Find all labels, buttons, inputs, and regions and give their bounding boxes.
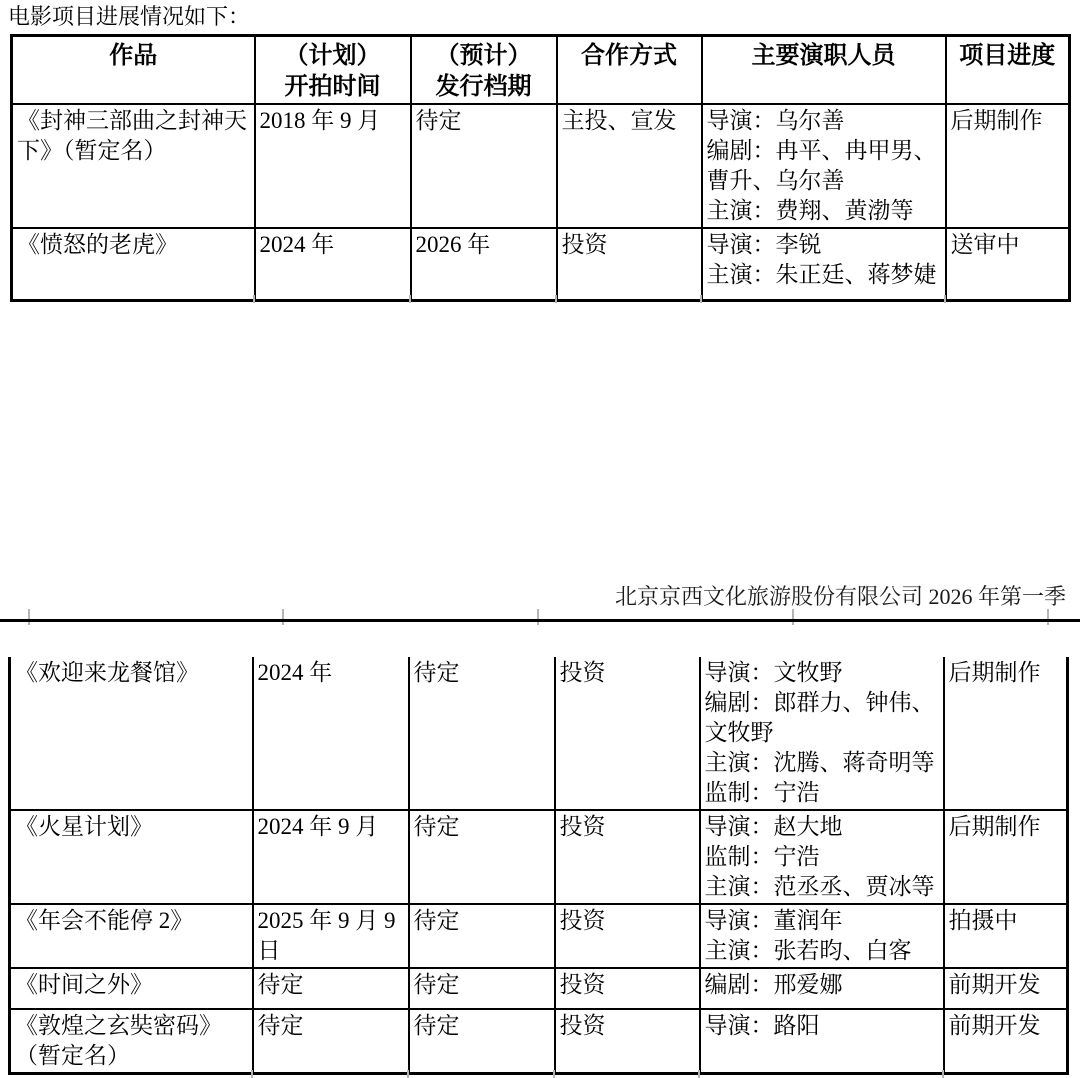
cell-planned-start: 2018 年 9 月 xyxy=(255,104,411,228)
grid-tick xyxy=(253,295,255,303)
table-row: 《火星计划》2024 年 9 月待定投资导演：赵大地监制：宁浩主演：范丞丞、贾冰… xyxy=(10,810,1068,904)
grid-tick xyxy=(1047,609,1049,625)
cell-cast: 导演：路阳 xyxy=(700,1009,944,1074)
grid-tick xyxy=(698,1070,700,1078)
cell-work-title: 《敦煌之玄奘密码》（暂定名） xyxy=(10,1009,253,1074)
table-row: 《年会不能停 2》2025 年 9 月 9 日待定投资导演：董润年主演：张若昀、… xyxy=(10,904,1068,968)
table-row: 《愤怒的老虎》2024 年2026 年投资导演：李锐主演：朱正廷、蒋梦婕送审中 xyxy=(12,228,1070,300)
header-line: 主要演职人员 xyxy=(707,40,941,71)
cell-progress: 后期制作 xyxy=(946,104,1070,228)
cell-progress: 后期制作 xyxy=(944,810,1068,904)
cell-planned-start: 2024 年 9 月 xyxy=(253,810,409,904)
cell-work-title: 《年会不能停 2》 xyxy=(10,904,253,968)
cast-line: 导演：路阳 xyxy=(705,1011,939,1041)
grid-tick xyxy=(555,295,557,303)
cell-cooperation: 投资 xyxy=(555,968,700,1009)
header-cell: 合作方式 xyxy=(557,36,702,105)
cell-cast: 编剧：邢爱娜 xyxy=(700,968,944,1009)
document-page: 电影项目进展情况如下： 作品（计划）开拍时间（预计）发行档期合作方式主要演职人员… xyxy=(0,0,1080,1078)
cell-progress: 拍摄中 xyxy=(944,904,1068,968)
cast-line: 编剧：冉平、冉甲男、曹升、乌尔善 xyxy=(707,136,941,196)
cell-planned-start: 2024 年 xyxy=(253,657,409,810)
cast-line: 监制：宁浩 xyxy=(705,778,939,808)
cast-line: 编剧：郎群力、钟伟、文牧野 xyxy=(705,688,939,748)
cell-expected-release: 待定 xyxy=(409,968,555,1009)
grid-tick xyxy=(700,295,702,303)
header-line: 发行档期 xyxy=(416,71,552,102)
cell-cooperation: 投资 xyxy=(557,228,702,300)
cell-progress: 后期制作 xyxy=(944,657,1068,810)
table-body-page1: 《封神三部曲之封神天下》（暂定名）2018 年 9 月待定主投、宣发导演：乌尔善… xyxy=(12,104,1070,300)
cast-line: 主演：范丞丞、贾冰等 xyxy=(705,872,939,902)
cell-cooperation: 投资 xyxy=(555,657,700,810)
cell-work-title: 《欢迎来龙餐馆》 xyxy=(10,657,253,810)
cell-progress: 前期开发 xyxy=(944,968,1068,1009)
cell-cast: 导演：赵大地监制：宁浩主演：范丞丞、贾冰等 xyxy=(700,810,944,904)
cell-cast: 导演：文牧野编剧：郎群力、钟伟、文牧野主演：沈腾、蒋奇明等监制：宁浩 xyxy=(700,657,944,810)
cast-line: 监制：宁浩 xyxy=(705,842,939,872)
header-cell: 项目进度 xyxy=(946,36,1070,105)
cell-planned-start: 待定 xyxy=(253,1009,409,1074)
cast-line: 主演：张若昀、白客 xyxy=(705,936,939,966)
film-projects-table-page2: 《欢迎来龙餐馆》2024 年待定投资导演：文牧野编剧：郎群力、钟伟、文牧野主演：… xyxy=(8,657,1069,1075)
header-cell: 作品 xyxy=(12,36,255,105)
cast-line: 主演：费翔、黄渤等 xyxy=(707,196,941,226)
cell-planned-start: 待定 xyxy=(253,968,409,1009)
cell-cast: 导演：董润年主演：张若昀、白客 xyxy=(700,904,944,968)
cell-expected-release: 待定 xyxy=(409,904,555,968)
header-cell: 主要演职人员 xyxy=(702,36,946,105)
cell-expected-release: 2026 年 xyxy=(411,228,557,300)
header-line: 开拍时间 xyxy=(260,71,406,102)
cast-line: 导演：董润年 xyxy=(705,906,939,936)
cell-cast: 导演：乌尔善编剧：冉平、冉甲男、曹升、乌尔善主演：费翔、黄渤等 xyxy=(702,104,946,228)
cell-cooperation: 主投、宣发 xyxy=(557,104,702,228)
cell-expected-release: 待定 xyxy=(409,810,555,904)
table-header: 作品（计划）开拍时间（预计）发行档期合作方式主要演职人员项目进度 xyxy=(12,36,1070,105)
header-line: 作品 xyxy=(17,40,250,71)
cell-cooperation: 投资 xyxy=(555,810,700,904)
cell-progress: 送审中 xyxy=(946,228,1070,300)
header-line: （预计） xyxy=(416,40,552,71)
grid-tick xyxy=(944,295,946,303)
cell-cooperation: 投资 xyxy=(555,1009,700,1074)
grid-tick xyxy=(407,1070,409,1078)
grid-tick xyxy=(792,609,794,625)
cell-cooperation: 投资 xyxy=(555,904,700,968)
cell-work-title: 《火星计划》 xyxy=(10,810,253,904)
header-line: 合作方式 xyxy=(562,40,697,71)
cell-work-title: 《时间之外》 xyxy=(10,968,253,1009)
cell-work-title: 《愤怒的老虎》 xyxy=(12,228,255,300)
table-row: 《敦煌之玄奘密码》（暂定名）待定待定投资导演：路阳前期开发 xyxy=(10,1009,1068,1074)
table-body-page2: 《欢迎来龙餐馆》2024 年待定投资导演：文牧野编剧：郎群力、钟伟、文牧野主演：… xyxy=(10,657,1068,1074)
grid-tick xyxy=(942,1070,944,1078)
grid-tick xyxy=(251,1070,253,1078)
cell-expected-release: 待定 xyxy=(411,104,557,228)
cell-expected-release: 待定 xyxy=(409,1009,555,1074)
cell-progress: 前期开发 xyxy=(944,1009,1068,1074)
cell-work-title: 《封神三部曲之封神天下》（暂定名） xyxy=(12,104,255,228)
cast-line: 导演：乌尔善 xyxy=(707,106,941,136)
header-line: 项目进度 xyxy=(951,40,1065,71)
cell-cast: 导演：李锐主演：朱正廷、蒋梦婕 xyxy=(702,228,946,300)
header-line: （计划） xyxy=(260,40,406,71)
grid-tick xyxy=(409,295,411,303)
cast-line: 编剧：邢爱娜 xyxy=(705,970,939,1000)
cast-line: 导演：李锐 xyxy=(707,230,941,260)
cast-line: 主演：沈腾、蒋奇明等 xyxy=(705,748,939,778)
header-cell: （预计）发行档期 xyxy=(411,36,557,105)
page-separator-line xyxy=(0,619,1080,622)
cell-planned-start: 2024 年 xyxy=(255,228,411,300)
grid-tick xyxy=(537,609,539,625)
film-projects-table-page1: 作品（计划）开拍时间（预计）发行档期合作方式主要演职人员项目进度 《封神三部曲之… xyxy=(10,34,1071,302)
cell-expected-release: 待定 xyxy=(409,657,555,810)
cast-line: 导演：赵大地 xyxy=(705,812,939,842)
header-row: 作品（计划）开拍时间（预计）发行档期合作方式主要演职人员项目进度 xyxy=(12,36,1070,105)
table-row: 《时间之外》待定待定投资编剧：邢爱娜前期开发 xyxy=(10,968,1068,1009)
table-row: 《封神三部曲之封神天下》（暂定名）2018 年 9 月待定主投、宣发导演：乌尔善… xyxy=(12,104,1070,228)
cast-line: 导演：文牧野 xyxy=(705,658,939,688)
grid-tick xyxy=(553,1070,555,1078)
grid-tick xyxy=(28,609,30,625)
table-row: 《欢迎来龙餐馆》2024 年待定投资导演：文牧野编剧：郎群力、钟伟、文牧野主演：… xyxy=(10,657,1068,810)
cell-planned-start: 2025 年 9 月 9 日 xyxy=(253,904,409,968)
page-footer-text: 北京京西文化旅游股份有限公司 2026 年第一季 xyxy=(615,584,1066,610)
cast-line: 主演：朱正廷、蒋梦婕 xyxy=(707,260,941,290)
header-cell: （计划）开拍时间 xyxy=(255,36,411,105)
intro-text: 电影项目进展情况如下： xyxy=(8,4,250,30)
grid-tick xyxy=(282,609,284,625)
